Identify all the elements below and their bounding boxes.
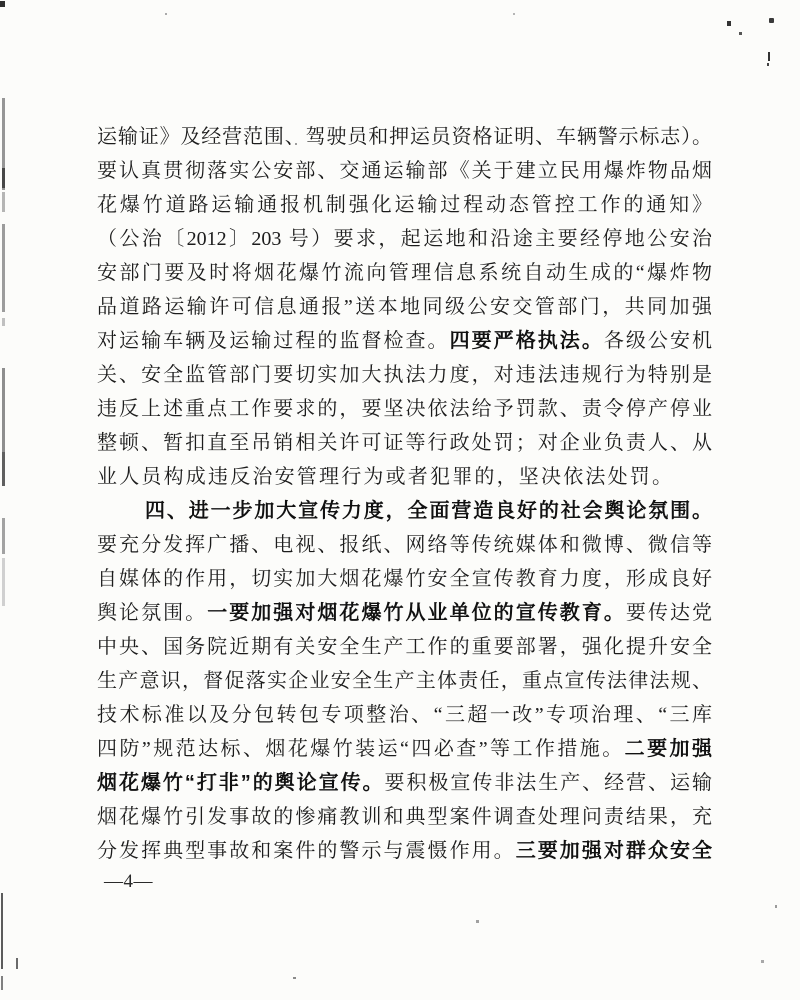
text-line: 整顿、暂扣直至吊销相关许可证等行政处罚；对企业负责人、从 — [97, 426, 712, 460]
page-number: —4— — [104, 871, 153, 893]
text-segment: 整顿、暂扣直至吊销相关许可证等行政处罚；对企业负责人、从 — [97, 432, 712, 454]
text-segment: 分发挥典型事故和案件的警示与震慑作用。 — [97, 840, 516, 862]
text-line: 安部门要及时将烟花爆竹流向管理信息系统自动生成的“爆炸物 — [97, 256, 712, 290]
text-segment: 中央、国务院近期有关安全生产工作的重要部署，强化提升安全 — [97, 636, 712, 658]
bold-text-segment: 烟花爆竹“打非”的舆论宣传。 — [97, 772, 385, 794]
text-line: 对运输车辆及运输过程的监督检查。四要严格执法。各级公安机 — [97, 324, 712, 358]
scan-edge-artifact — [1, 893, 3, 969]
scan-speck — [165, 13, 167, 15]
bold-text-segment: 四、进一步加大宣传力度，全面营造良好的社会舆论氛围。 — [145, 500, 712, 522]
scan-edge-artifact — [2, 518, 5, 554]
scan-speck — [513, 13, 515, 15]
text-segment: 生产意识，督促落实企业安全生产主体责任，重点宣传法律法规、 — [97, 670, 712, 692]
text-line: 要认真贯彻落实公安部、交通运输部《关于建立民用爆炸物品烟 — [97, 154, 712, 188]
bold-text-segment: 四要严格执法。 — [450, 330, 604, 352]
scan-edge-artifact — [2, 98, 5, 190]
document-body: 运输证》及经营范围、驾驶员和押运员资格证明、车辆警示标志）。要认真贯彻落实公安部… — [97, 120, 712, 868]
text-segment: 关、安全监管部门要切实加大执法力度，对违法违规行为特别是 — [97, 364, 712, 386]
text-segment: 各级公安机 — [604, 330, 712, 352]
text-segment: 要充分发挥广播、电视、报纸、网络等传统媒体和微博、微信等 — [97, 534, 712, 556]
scan-speck — [768, 52, 770, 61]
text-line: 品道路运输许可信息通报”送本地同级公安交管部门，共同加强 — [97, 290, 712, 324]
scan-edge-artifact — [2, 224, 5, 312]
text-segment: 安部门要及时将烟花爆竹流向管理信息系统自动生成的“爆炸物 — [97, 262, 712, 284]
text-segment: 烟花爆竹引发事故的惨痛教训和典型案件调查处理问责结果，充 — [97, 806, 712, 828]
text-line: 花爆竹道路运输通报机制强化运输过程动态管控工作的通知》 — [97, 188, 712, 222]
bold-text-segment: 一要加强对烟花爆竹从业单位的宣传教育。 — [207, 602, 626, 624]
text-line: 业人员构成违反治安管理行为或者犯罪的，坚决依法处罚。 — [97, 460, 712, 494]
scan-edge-artifact — [2, 558, 5, 606]
text-line: 要充分发挥广播、电视、报纸、网络等传统媒体和微博、微信等 — [97, 528, 712, 562]
scan-speck — [761, 960, 764, 963]
text-segment: 要传达党 — [626, 602, 712, 624]
scan-speck — [739, 32, 742, 35]
text-segment: 要认真贯彻落实公安部、交通运输部《关于建立民用爆炸物品烟 — [97, 160, 712, 182]
bold-text-segment: 二要加强 — [625, 738, 712, 760]
text-line: 运输证》及经营范围、驾驶员和押运员资格证明、车辆警示标志）。 — [97, 120, 712, 154]
text-line: 违反上述重点工作要求的，要坚决依法给予罚款、责令停产停业 — [97, 392, 712, 426]
text-line: 生产意识，督促落实企业安全生产主体责任，重点宣传法律法规、 — [97, 664, 712, 698]
text-line: 技术标准以及分包转包专项整治、“三超一改”专项治理、“三库 — [97, 698, 712, 732]
text-segment: 花爆竹道路运输通报机制强化运输过程动态管控工作的通知》 — [97, 194, 712, 216]
text-line: 四、进一步加大宣传力度，全面营造良好的社会舆论氛围。 — [97, 494, 712, 528]
scan-edge-artifact — [1, 976, 3, 990]
text-line: 烟花爆竹引发事故的惨痛教训和典型案件调查处理问责结果，充 — [97, 800, 712, 834]
scan-speck — [476, 920, 479, 923]
text-line: 自媒体的作用，切实加大烟花爆竹安全宣传教育力度，形成良好 — [97, 562, 712, 596]
scan-speck — [767, 63, 769, 66]
text-line: 中央、国务院近期有关安全生产工作的重要部署，强化提升安全 — [97, 630, 712, 664]
text-segment: 品道路运输许可信息通报”送本地同级公安交管部门，共同加强 — [97, 296, 712, 318]
scanned-document-page: 运输证》及经营范围、驾驶员和押运员资格证明、车辆警示标志）。要认真贯彻落实公安部… — [0, 0, 800, 1000]
text-segment: 业人员构成违反治安管理行为或者犯罪的，坚决依法处罚。 — [97, 466, 674, 488]
scan-edge-artifact — [2, 192, 5, 212]
scan-edge-artifact — [2, 318, 5, 326]
text-line: 关、安全监管部门要切实加大执法力度，对违法违规行为特别是 — [97, 358, 712, 392]
text-segment: 自媒体的作用，切实加大烟花爆竹安全宣传教育力度，形成良好 — [97, 568, 712, 590]
scan-speck — [769, 18, 774, 23]
text-segment: 四防”规范达标、烟花爆竹装运“四必查”等工作措施。 — [97, 738, 625, 760]
scan-edge-artifact — [2, 168, 5, 188]
scan-edge-artifact — [2, 368, 5, 486]
text-segment: 舆论氛围。 — [97, 602, 207, 624]
scan-speck — [16, 958, 18, 969]
bold-text-segment: 三要加强对群众安全 — [516, 840, 712, 862]
text-segment: 违反上述重点工作要求的，要坚决依法给予罚款、责令停产停业 — [97, 398, 712, 420]
text-line: 分发挥典型事故和案件的警示与震慑作用。三要加强对群众安全 — [97, 834, 712, 868]
scan-speck — [775, 905, 777, 908]
scan-speck — [293, 977, 296, 979]
scan-speck — [0, 1, 5, 7]
text-line: 四防”规范达标、烟花爆竹装运“四必查”等工作措施。二要加强 — [97, 732, 712, 766]
text-segment: （公治〔2012〕203 号）要求，起运地和沿途主要经停地公安治 — [97, 228, 712, 250]
text-line: 烟花爆竹“打非”的舆论宣传。要积极宣传非法生产、经营、运输 — [97, 766, 712, 800]
scan-edge-artifact — [2, 452, 5, 486]
text-line: （公治〔2012〕203 号）要求，起运地和沿途主要经停地公安治 — [97, 222, 712, 256]
text-segment: 运输证》及经营范围、驾驶员和押运员资格证明、车辆警示标志）。 — [97, 126, 712, 148]
text-segment: 要积极宣传非法生产、经营、运输 — [385, 772, 713, 794]
scan-speck — [727, 21, 731, 26]
text-segment: 对运输车辆及运输过程的监督检查。 — [97, 330, 450, 352]
text-segment: 技术标准以及分包转包专项整治、“三超一改”专项治理、“三库 — [97, 704, 712, 726]
text-line: 舆论氛围。一要加强对烟花爆竹从业单位的宣传教育。要传达党 — [97, 596, 712, 630]
